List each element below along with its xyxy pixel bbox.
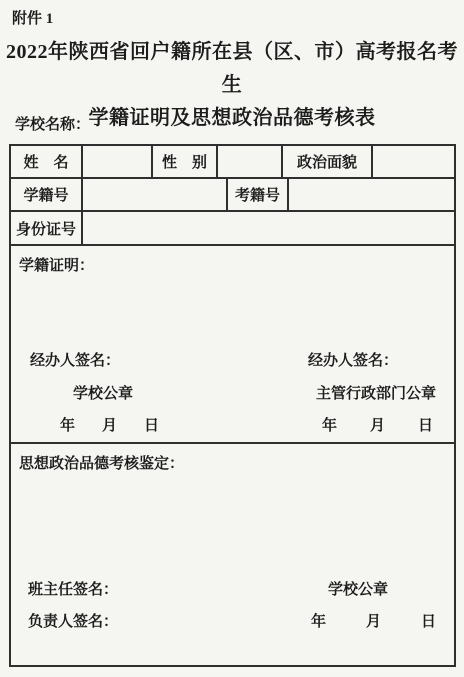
exam-registration-no-label: 考籍号 [228,179,289,210]
assessment-date-month: 月 [366,610,381,631]
class-teacher-signature-label: 班主任签名： [28,578,118,599]
row-name-gender-political: 姓 名 性 别 政治面貌 [11,146,454,179]
registration-certificate-cell: 学籍证明： 经办人签名： 学校公章 年 月 日 经办人签名： 主管行政部门公章 … [11,246,454,442]
gender-value-cell [218,146,283,177]
left-date-line: 年 月 日 [60,414,159,435]
name-label: 姓 名 [11,146,83,177]
right-handler-signature-label: 经办人签名： [308,349,398,370]
left-date-day: 日 [144,414,159,435]
form-table: 姓 名 性 别 政治面貌 学籍号 考籍号 身份证号 学籍证明： 经办人签名： 学… [9,144,456,667]
registration-certificate-section: 学籍证明： 经办人签名： 学校公章 年 月 日 经办人签名： 主管行政部门公章 … [11,246,454,444]
school-name-label: 学校名称： [15,113,90,134]
row-id-card: 身份证号 [11,212,454,246]
assessment-date-line: 年 月 日 [311,610,436,631]
right-date-month: 月 [370,414,385,435]
assessment-school-seal-label: 学校公章 [328,578,388,599]
exam-registration-no-value-cell [289,179,454,210]
moral-assessment-cell: 思想政治品德考核鉴定： 班主任签名： 学校公章 负责人签名： 年 月 日 [11,444,454,665]
right-department-seal-label: 主管行政部门公章 [316,382,436,403]
left-school-seal-label: 学校公章 [73,382,133,403]
right-date-day: 日 [418,414,433,435]
student-registration-no-value-cell [83,179,228,210]
attachment-label: 附件 1 [12,7,53,28]
right-date-year: 年 [322,414,337,435]
assessment-date-year: 年 [311,610,326,631]
student-registration-no-label: 学籍号 [11,179,83,210]
form-title-line1: 2022年陕西省回户籍所在县（区、市）高考报名考生 [0,36,464,102]
political-status-label: 政治面貌 [283,146,373,177]
left-date-year: 年 [60,414,75,435]
row-registration-numbers: 学籍号 考籍号 [11,179,454,212]
left-handler-signature-label: 经办人签名： [30,349,120,370]
gender-label: 性 别 [153,146,218,177]
political-status-value-cell [373,146,454,177]
assessment-date-day: 日 [421,610,436,631]
left-date-month: 月 [102,414,117,435]
responsible-person-signature-label: 负责人签名： [28,610,118,631]
right-date-line: 年 月 日 [322,414,433,435]
id-card-no-label: 身份证号 [11,212,83,244]
registration-certificate-heading: 学籍证明： [19,254,94,275]
moral-assessment-section: 思想政治品德考核鉴定： 班主任签名： 学校公章 负责人签名： 年 月 日 [11,444,454,665]
name-value-cell [83,146,153,177]
moral-assessment-heading: 思想政治品德考核鉴定： [19,452,184,473]
id-card-no-value-cell [83,212,454,244]
